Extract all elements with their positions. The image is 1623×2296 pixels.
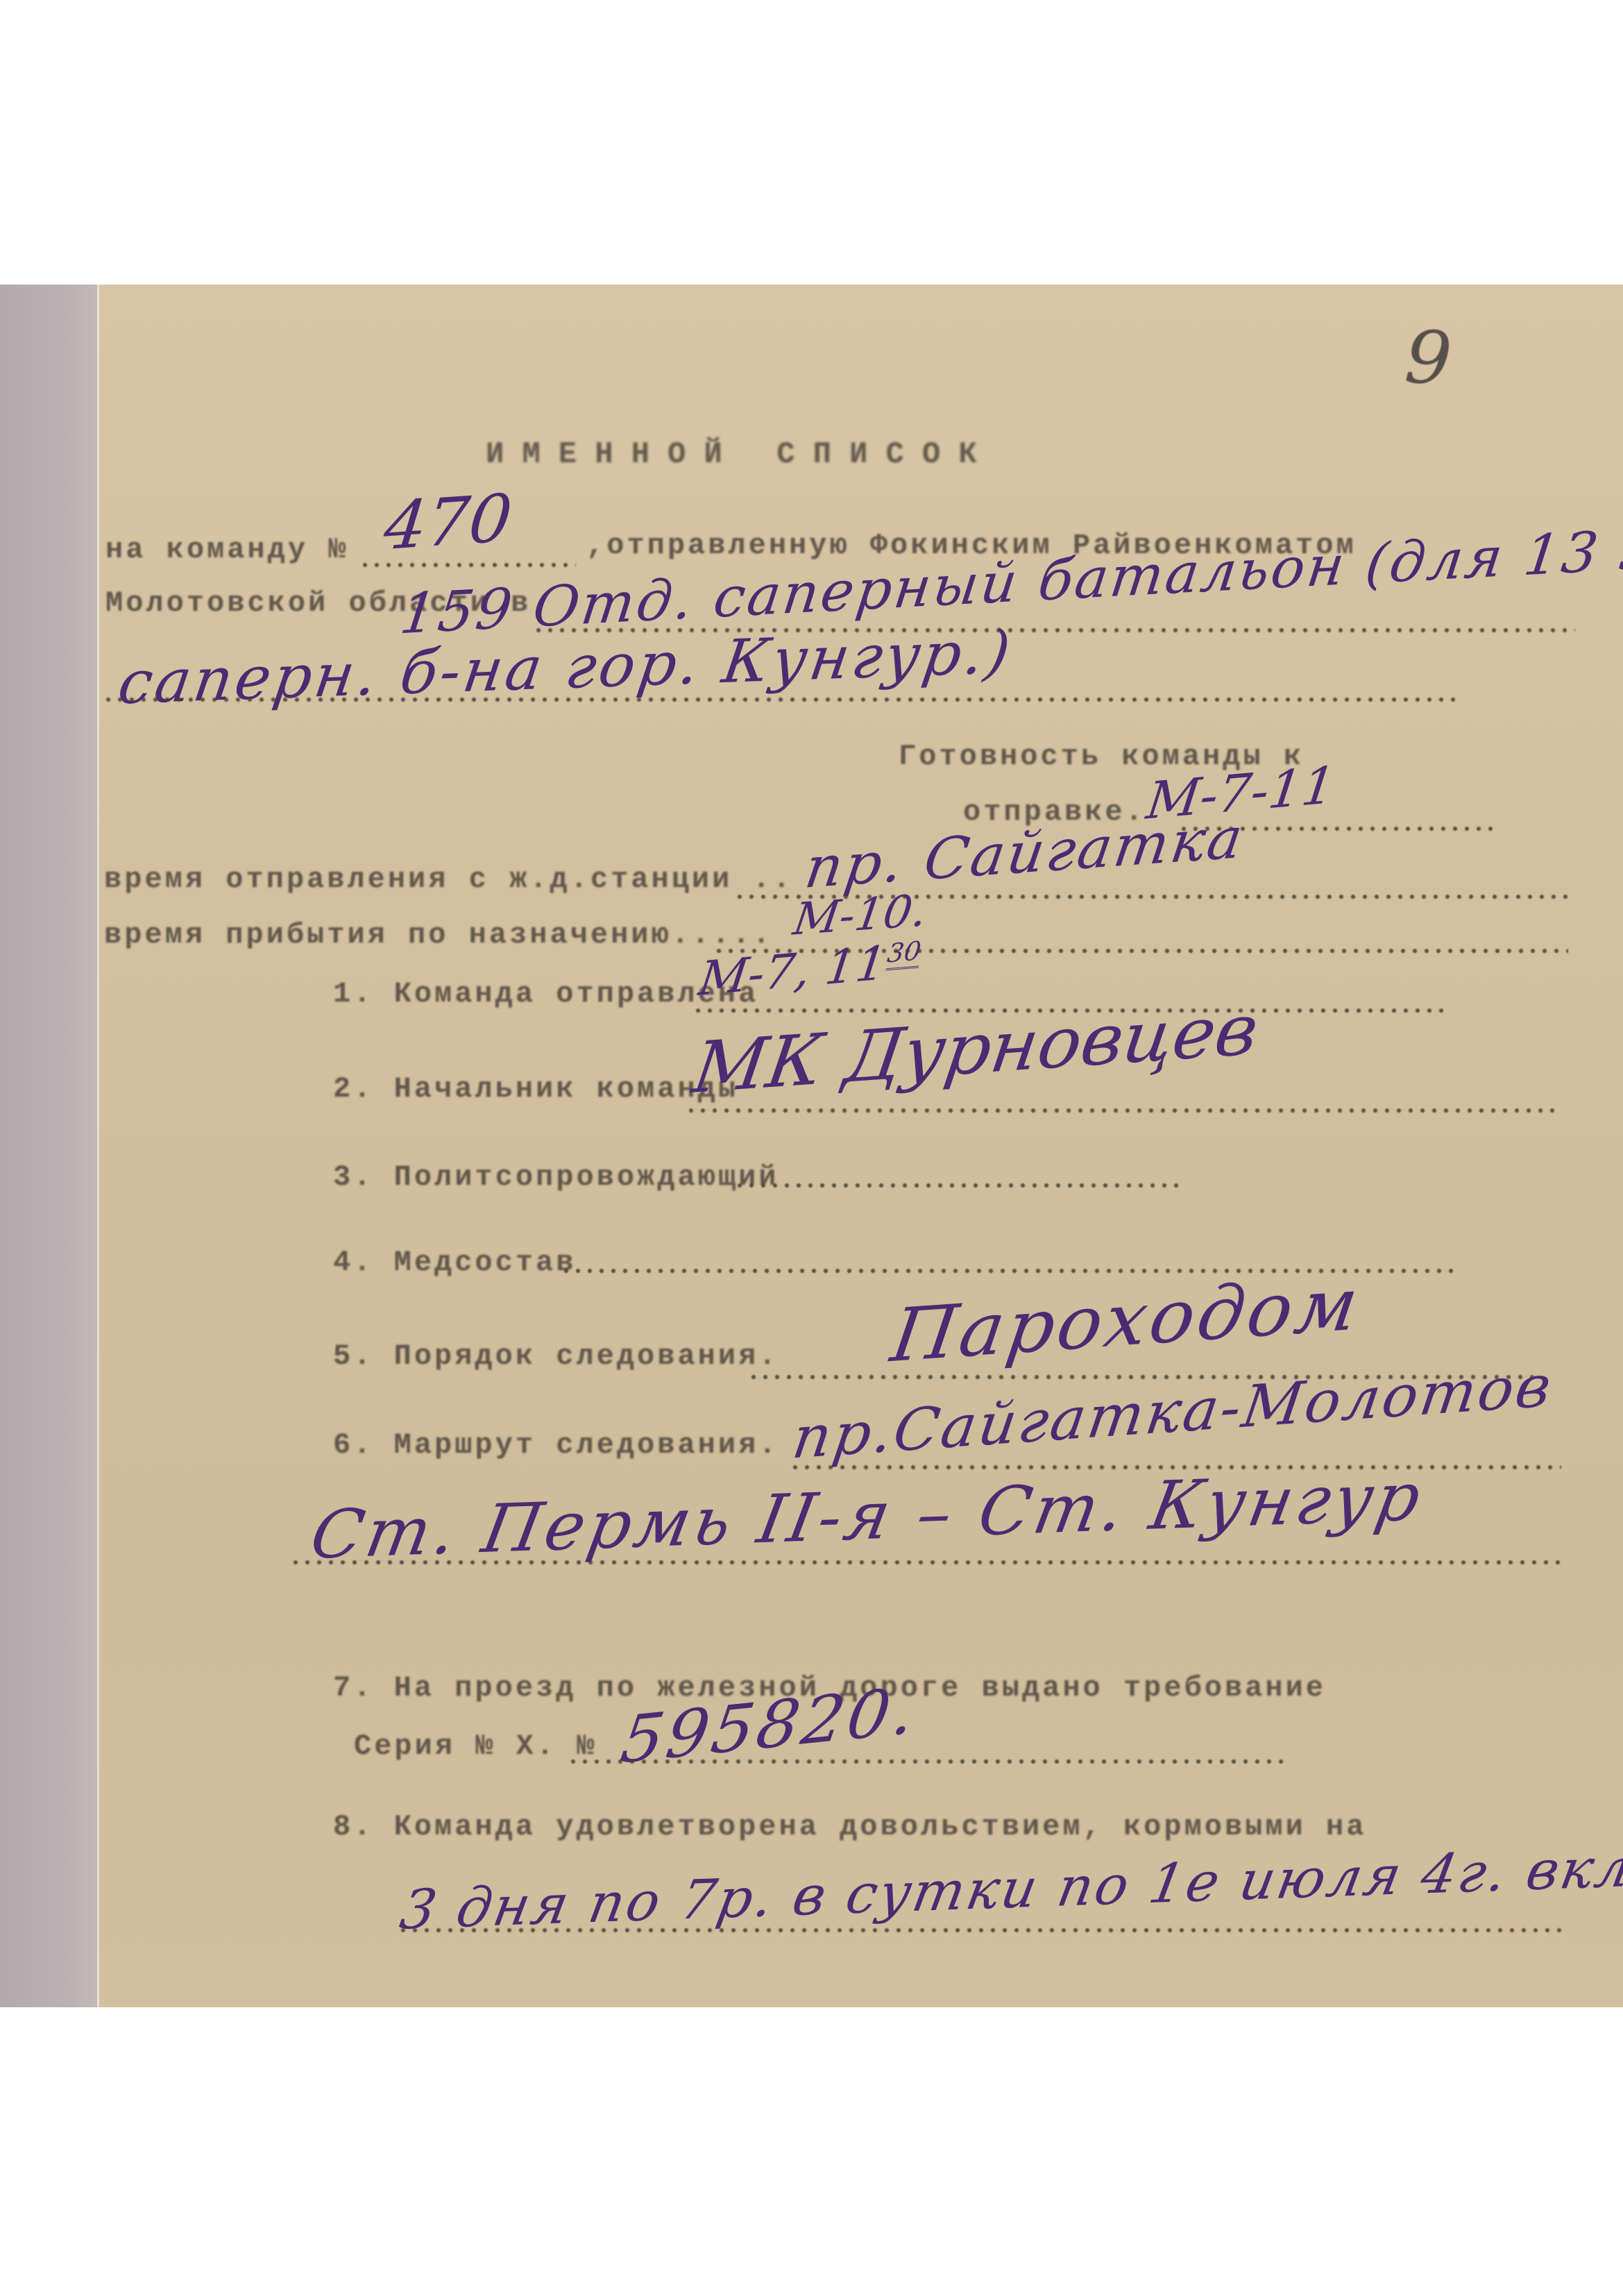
dotted-leader xyxy=(569,1757,1291,1766)
page-number: 9 xyxy=(1402,314,1454,402)
item2-value: МК Дурновцев xyxy=(697,1008,1254,1090)
team-number-label: на команду № xyxy=(105,533,348,566)
item7-value: 595820. xyxy=(624,1688,914,1764)
item5-value: Пароходом xyxy=(895,1277,1357,1362)
arrival-value: М-10. xyxy=(794,890,926,941)
document-title: ИМЕННОЙ СПИСОК xyxy=(486,437,995,472)
dotted-leader xyxy=(736,1181,1180,1190)
battalion-value-line2: саперн. б-на гор. Кунгур.) xyxy=(121,633,1010,702)
item1-label: 1. Команда отправлена xyxy=(333,977,758,1011)
arrival-label: время прибытия по назначению..... xyxy=(104,918,773,952)
item6-label: 6. Маршрут следования. xyxy=(333,1428,779,1462)
departure-value: пр. Сайгатка xyxy=(808,820,1241,886)
item5-label: 5. Порядок следования. xyxy=(333,1340,779,1373)
dotted-leader xyxy=(399,1926,1565,1934)
item2-label: 2. Начальник команды xyxy=(333,1072,738,1106)
dotted-leader xyxy=(291,1558,1565,1567)
adjacent-page-edge xyxy=(0,285,99,2007)
item4-label: 4. Медсостав xyxy=(333,1246,576,1279)
dotted-leader xyxy=(687,1106,1554,1115)
dotted-leader xyxy=(104,695,1457,704)
item8-value: 3 дня по 7р. в сутки по 1е июля 4г. вклю… xyxy=(406,1855,1623,1917)
battalion-value: 159 Отд. саперный батальон (для 13 зап. xyxy=(406,547,1623,611)
item6-value-line2: Ст. Пермь II-я – Ст. Кунгур xyxy=(316,1477,1419,1555)
item6-value: пр.Сайгатка-Молотов xyxy=(798,1378,1548,1446)
item1-value: М-7, 1130 xyxy=(701,943,918,997)
item7-series-label: Серия № Х. № xyxy=(354,1730,597,1763)
item3-label: 3. Политсопровождающий xyxy=(333,1160,779,1194)
scanned-document: 9 ИМЕННОЙ СПИСОК на команду № 470 ,отпра… xyxy=(0,0,1623,2296)
departure-label: время отправления с ж.д.станции .. xyxy=(104,863,793,896)
item8-label: 8. Команда удовлетворена довольствием, к… xyxy=(333,1810,1366,1843)
